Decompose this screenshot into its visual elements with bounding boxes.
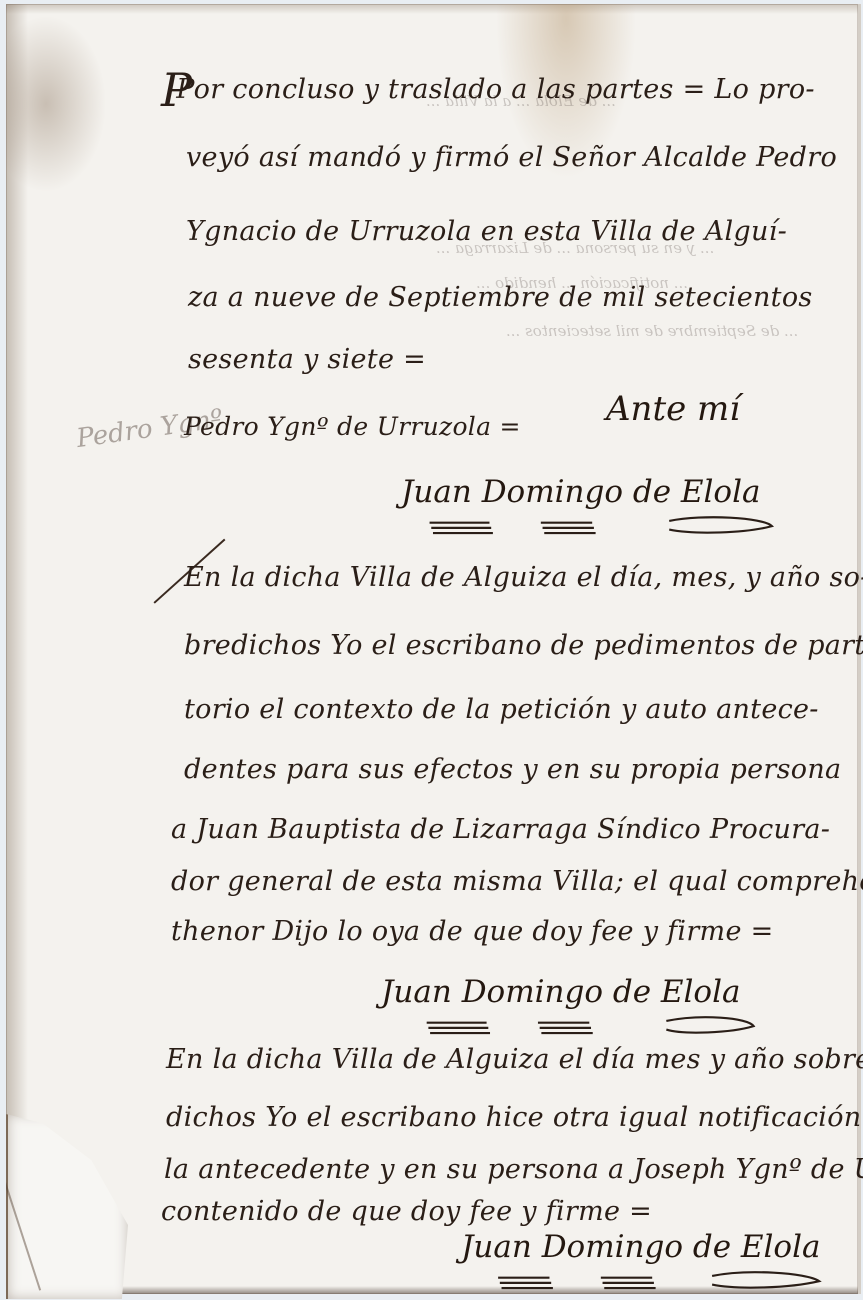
notif2-line-3: la antecedente y en su persona a Joseph … [164,1154,863,1185]
notif1-line-1: En la dicha Villa de Alguiza el día, mes… [184,562,863,593]
notary-signature-2-text: Juan Domingo de Elola [381,974,741,1010]
notif1-line-6: dor general de esta misma Villa; el qual… [171,866,863,897]
notif1-line-4: dentes para sus efectos y en su propia p… [184,754,841,785]
auto-line-5: sesenta y siete = [188,344,426,375]
bleed-through-text: ... de Septiembre de mil setecientos ... [506,322,798,340]
notif1-line-5: a Juan Bauptista de Lizarraga Síndico Pr… [171,814,830,845]
auto-line-2: veyó así mandó y firmó el Señor Alcalde … [186,142,837,173]
signature-alcalde: Pedro Ygnº de Urruzola = [184,412,521,441]
rubric-flourish-icon [481,1269,841,1295]
auto-line-4: za a nueve de Septiembre de mil setecien… [188,282,813,313]
auto-line-1: PPor concluso y traslado a las partes = … [161,59,815,105]
notary-signature-2: Juan Domingo de Elola [381,974,741,1010]
torn-page-corner [6,1114,128,1299]
initial-capital: P [161,67,192,113]
notif2-line-1: En la dicha Villa de Alguiza el día mes … [166,1044,863,1075]
manuscript-page: ... de Elola ... a la Villa ... ... y en… [6,4,861,1294]
notary-signature-1-text: Juan Domingo de Elola [401,474,761,510]
rubric-flourish-icon [421,514,781,540]
notary-signature-1: Juan Domingo de Elola [401,474,761,510]
auto-line-1-text: Por concluso y traslado a las partes = L… [176,74,815,105]
signature-ante-mi: Ante mí [606,389,740,429]
notif2-line-4: contenido de que doy fee y firme = [161,1196,652,1227]
notif1-line-2: bredichos Yo el escribano de pedimentos … [184,630,863,661]
ante-mi-text: Ante mí [606,389,740,429]
rubric-flourish-icon [401,1014,761,1040]
notif2-line-2: dichos Yo el escribano hice otra igual n… [166,1102,863,1133]
notif1-line-7: thenor Dijo lo oya de que doy fee y firm… [171,916,774,947]
notif1-line-3: torio el contexto de la petición y auto … [184,694,819,725]
notary-signature-3: Juan Domingo de Elola [461,1229,821,1265]
notary-signature-3-text: Juan Domingo de Elola [461,1229,821,1265]
auto-line-3: Ygnacio de Urruzola en esta Villa de Alg… [186,216,787,247]
